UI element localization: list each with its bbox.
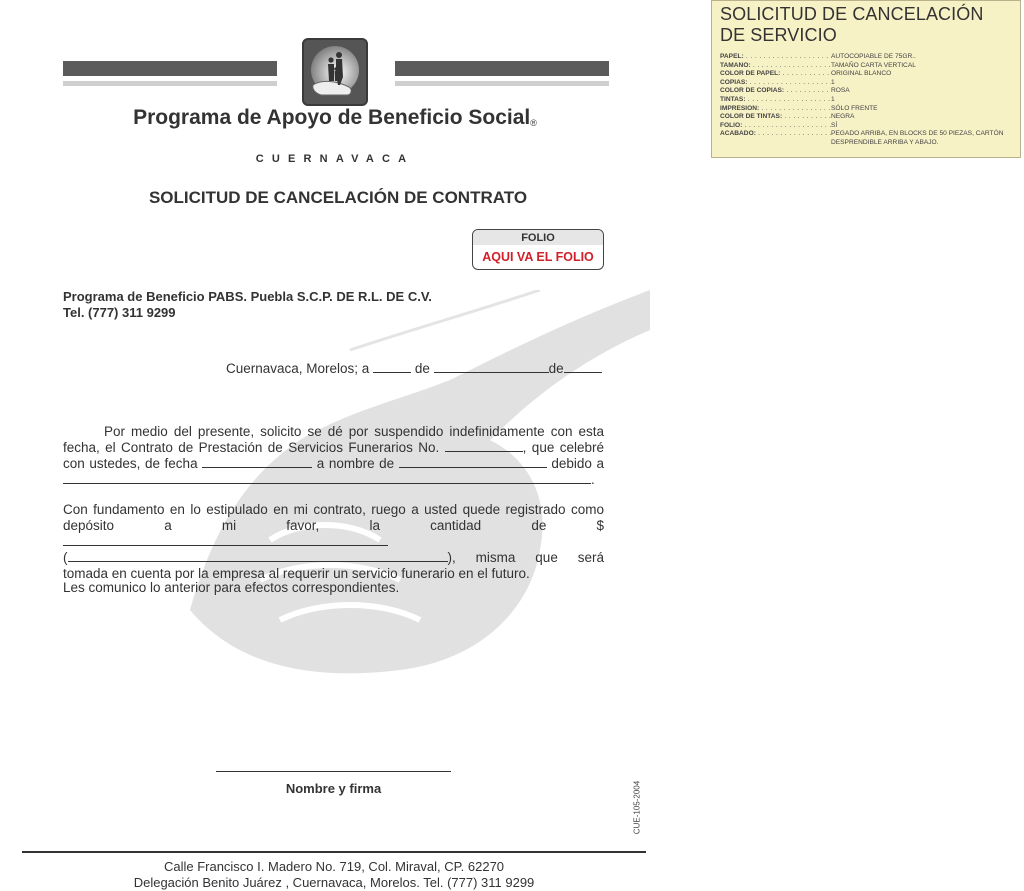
family-in-hand-logo-icon: [307, 43, 363, 101]
company-info: Programa de Beneficio PABS. Puebla S.C.P…: [63, 289, 432, 321]
organization-name: Programa de Apoyo de Beneficio Social®: [0, 106, 670, 130]
spec-value: AUTOCOPIABLE DE 75GR..: [831, 53, 1012, 62]
print-spec-card: SOLICITUD DE CANCELACIÓN DE SERVICIO PAP…: [711, 0, 1021, 158]
header-bar-right-light: [395, 81, 609, 86]
p1-text-3: a nombre de: [312, 456, 399, 471]
header-bar-left-light: [63, 81, 277, 86]
company-name: Programa de Beneficio PABS. Puebla S.C.P…: [63, 289, 432, 305]
spec-key: COPIAS:: [720, 79, 831, 88]
spec-key: COLOR DE COPIAS:: [720, 87, 831, 96]
spec-key: COLOR DE PAPEL:: [720, 70, 831, 79]
organization-name-text: Programa de Apoyo de Beneficio Social: [133, 106, 530, 129]
footer-line-2: Delegación Benito Juárez , Cuernavaca, M…: [22, 875, 646, 891]
footer-divider: [22, 851, 646, 853]
spec-row: COLOR DE COPIAS:ROSA: [720, 87, 1012, 96]
date-line: Cuernavaca, Morelos; a de de: [226, 361, 602, 376]
holder-name-field[interactable]: [399, 456, 547, 468]
spec-key: PAPEL:: [720, 53, 831, 62]
spec-key: IMPRESIÓN:: [720, 105, 831, 114]
folio-box: FOLIO AQUI VA EL FOLIO: [472, 229, 604, 270]
spec-row: IMPRESIÓN:SÓLO FRENTE: [720, 105, 1012, 114]
spec-row: TAMAÑO:TAMAÑO CARTA VERTICAL: [720, 62, 1012, 71]
signature-line[interactable]: [216, 771, 451, 772]
spec-key: FOLIO:: [720, 122, 831, 131]
month-field[interactable]: [434, 361, 549, 373]
spec-value: 1: [831, 79, 1012, 88]
document-title: SOLICITUD DE CANCELACIÓN DE CONTRATO: [0, 188, 676, 208]
spec-row: COLOR DE TINTAS:NEGRA: [720, 113, 1012, 122]
spec-value: TAMAÑO CARTA VERTICAL: [831, 62, 1012, 71]
p2-text-1: Con fundamento en lo estipulado en mi co…: [63, 502, 604, 533]
spec-key: TINTAS:: [720, 96, 831, 105]
paragraph-closing: Les comunico lo anterior para efectos co…: [63, 580, 604, 596]
spec-row: TINTAS:1: [720, 96, 1012, 105]
spec-value: SÓLO FRENTE: [831, 105, 1012, 114]
header-bar-left: [63, 61, 277, 76]
day-field[interactable]: [373, 361, 411, 373]
registered-mark: ®: [530, 118, 537, 128]
date-prefix: Cuernavaca, Morelos; a: [226, 361, 373, 376]
spec-row: COLOR DE PAPEL:ORIGINAL BLANCO: [720, 70, 1012, 79]
contract-date-field[interactable]: [202, 456, 312, 468]
spec-title: SOLICITUD DE CANCELACIÓN DE SERVICIO: [720, 4, 1012, 46]
spec-value: 1: [831, 96, 1012, 105]
paragraph-cancellation: Por medio del presente, solicito se dé p…: [63, 424, 604, 488]
amount-field[interactable]: [63, 534, 388, 546]
header-bar-right: [395, 61, 609, 76]
signature-label: Nombre y firma: [216, 781, 451, 796]
date-de-1: de: [411, 361, 434, 376]
folio-label: FOLIO: [473, 230, 603, 245]
form-code: CUE-105-2004: [633, 771, 642, 845]
company-phone: Tel. (777) 311 9299: [63, 305, 432, 321]
p1-text-5: .: [591, 472, 595, 487]
spec-row: PAPEL:AUTOCOPIABLE DE 75GR..: [720, 53, 1012, 62]
spec-key: ACABADO:: [720, 130, 831, 147]
footer-line-1: Calle Francisco I. Madero No. 719, Col. …: [22, 859, 646, 875]
contract-number-field[interactable]: [445, 440, 523, 452]
folio-value: AQUI VA EL FOLIO: [473, 245, 603, 269]
spec-value: ORIGINAL BLANCO: [831, 70, 1012, 79]
date-de-2: de: [549, 361, 564, 376]
logo: [302, 38, 368, 106]
year-field[interactable]: [564, 361, 602, 373]
spec-value: NEGRA: [831, 113, 1012, 122]
paragraph-deposit: Con fundamento en lo estipulado en mi co…: [63, 502, 604, 582]
spec-row: ACABADO:PEGADO ARRIBA, EN BLOCKS DE 50 P…: [720, 130, 1012, 147]
p1-text-4: debido a: [547, 456, 604, 471]
city-name: CUERNAVACA: [0, 153, 670, 165]
reason-field[interactable]: [63, 472, 591, 484]
spec-row: COPIAS:1: [720, 79, 1012, 88]
spec-key: COLOR DE TINTAS:: [720, 113, 831, 122]
spec-key: TAMAÑO:: [720, 62, 831, 71]
spec-rows: PAPEL:AUTOCOPIABLE DE 75GR..TAMAÑO:TAMAÑ…: [720, 53, 1012, 148]
spec-value: ROSA: [831, 87, 1012, 96]
footer-address: Calle Francisco I. Madero No. 719, Col. …: [22, 859, 646, 891]
amount-words-field[interactable]: [68, 550, 448, 562]
spec-value: PEGADO ARRIBA, EN BLOCKS DE 50 PIEZAS, C…: [831, 130, 1012, 147]
